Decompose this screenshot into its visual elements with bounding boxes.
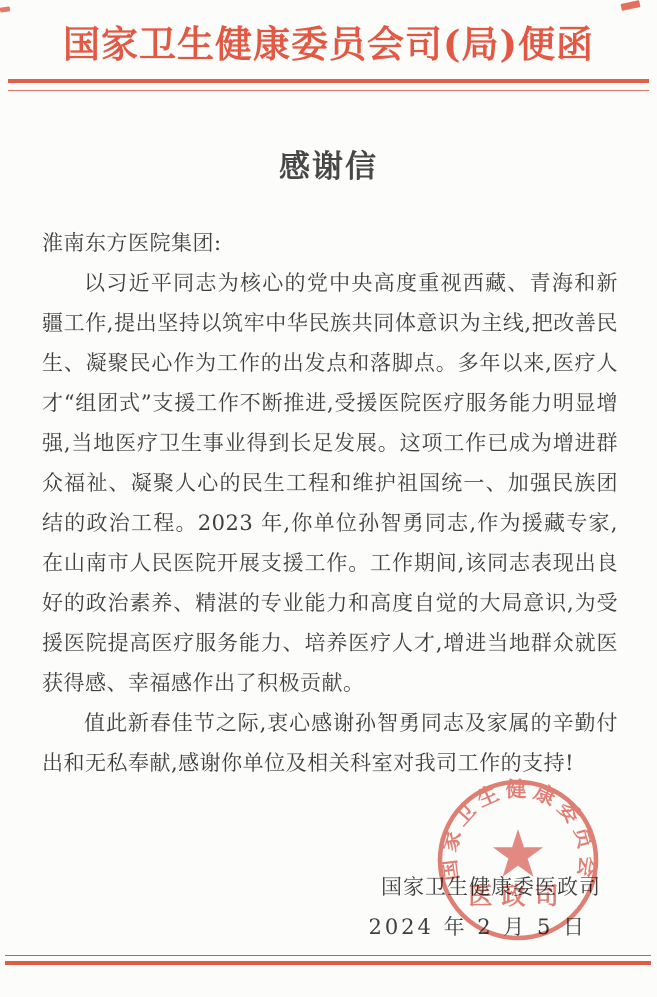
footer-rule-thick <box>5 961 651 965</box>
salutation: 淮南东方医院集团: <box>42 223 618 263</box>
signature-block: 国家卫生健康委医政司 2024 年 2 月 5 日 <box>0 867 657 947</box>
letterhead-rule-thick <box>8 79 649 83</box>
body-paragraph-1: 以习近平同志为核心的党中央高度重视西藏、青海和新疆工作,提出坚持以筑牢中华民族共… <box>42 263 618 703</box>
signature-date: 2024 年 2 月 5 日 <box>0 907 657 947</box>
signature-org: 国家卫生健康委医政司 <box>0 867 657 907</box>
letterhead-rule-thin <box>8 90 649 91</box>
letterhead-divider <box>0 79 657 91</box>
letterhead-title: 国家卫生健康委员会司(局)便函 <box>0 0 657 68</box>
letter-body: 淮南东方医院集团: 以习近平同志为核心的党中央高度重视西藏、青海和新疆工作,提出… <box>0 223 657 783</box>
footer-rule-thin <box>5 955 651 956</box>
footer-divider <box>5 955 651 965</box>
scanned-letter-page: 国家卫生健康委员会司(局)便函 感谢信 淮南东方医院集团: 以习近平同志为核心的… <box>0 0 657 997</box>
body-paragraph-2: 值此新春佳节之际,衷心感谢孙智勇同志及家属的辛勤付出和无私奉献,感谢你单位及相关… <box>42 703 618 783</box>
letter-title: 感谢信 <box>0 146 657 188</box>
